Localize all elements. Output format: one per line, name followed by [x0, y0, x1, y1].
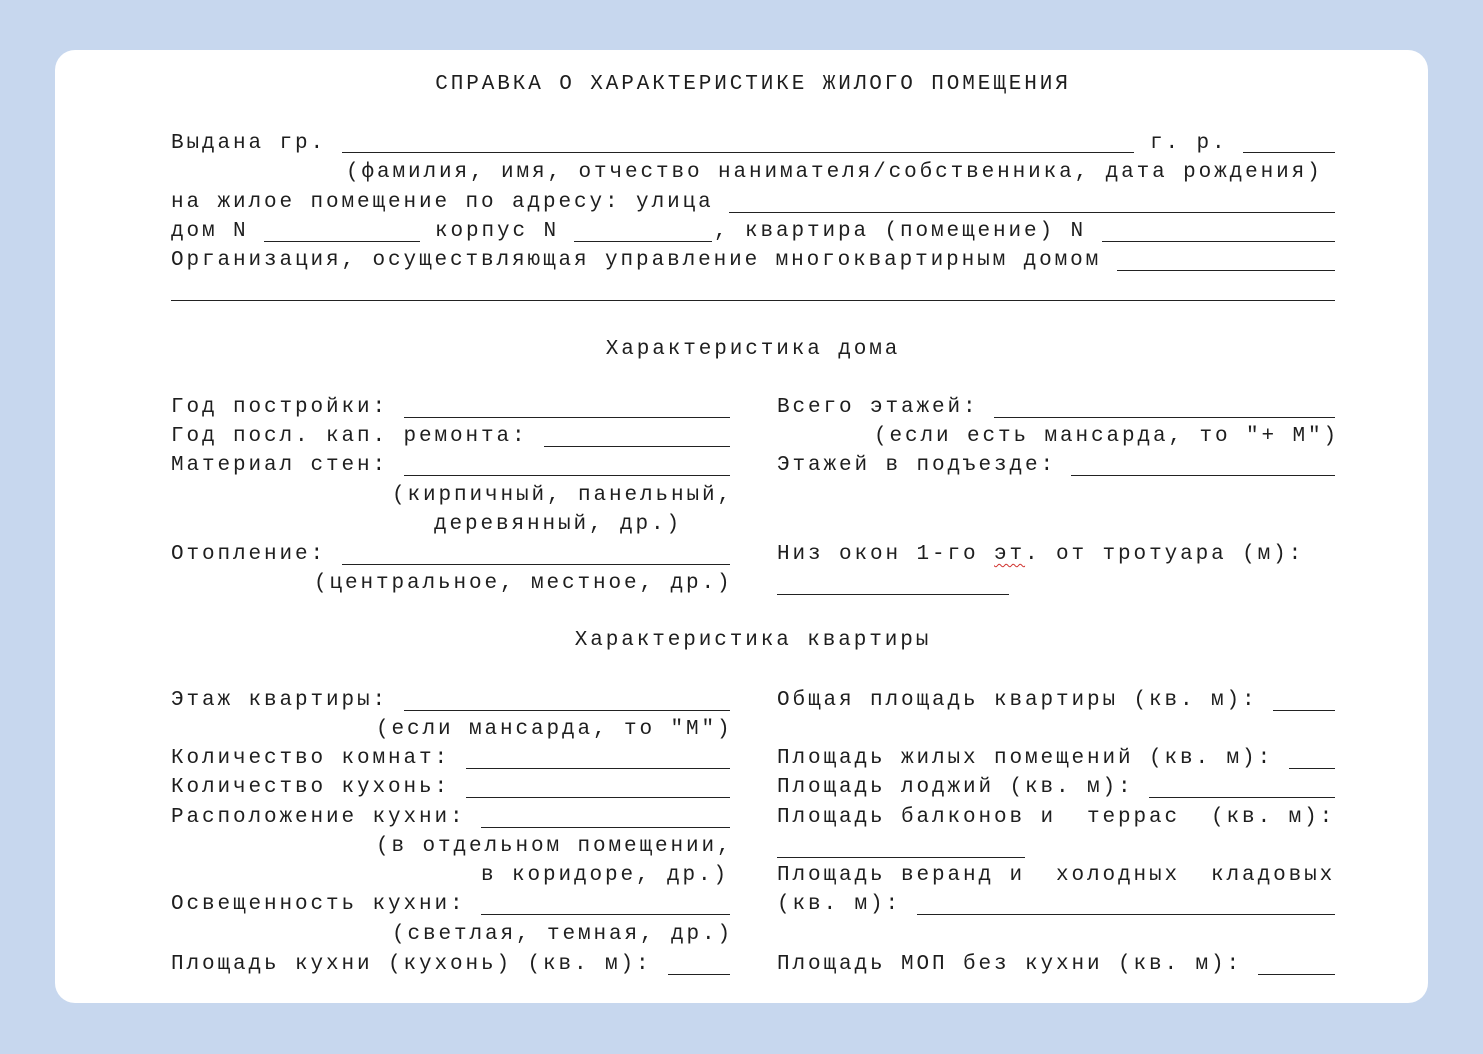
entrance-floors-field[interactable]: [1071, 475, 1335, 476]
repair-year-field[interactable]: [544, 446, 730, 447]
issued-to-field[interactable]: [342, 152, 1134, 153]
kitchen-location-hint-1: (в отдельном помещении,: [376, 832, 733, 861]
apartment-number-field[interactable]: [1102, 241, 1335, 242]
window-height-field[interactable]: [777, 594, 1009, 595]
common-area-field[interactable]: [1258, 974, 1335, 975]
build-year-field[interactable]: [404, 417, 730, 418]
build-year-label: Год постройки:: [171, 393, 388, 422]
loggia-area-label: Площадь лоджий (кв. м):: [777, 773, 1134, 802]
building-separator: ,: [714, 217, 730, 246]
issued-to-hint: (фамилия, имя, отчество нанимателя/собст…: [346, 158, 1323, 187]
apartment-floor-field[interactable]: [404, 710, 730, 711]
common-area-label: Площадь МОП без кухни (кв. м):: [777, 950, 1242, 979]
loggia-area-field[interactable]: [1149, 797, 1335, 798]
issued-to-label: Выдана гр.: [171, 129, 326, 158]
veranda-area-label-2: (кв. м):: [777, 890, 901, 919]
balcony-area-label: Площадь балконов и террас (кв. м):: [777, 803, 1335, 832]
total-floors-field[interactable]: [994, 417, 1335, 418]
kitchen-light-label: Освещенность кухни:: [171, 890, 466, 919]
apartment-floor-label: Этаж квартиры:: [171, 686, 388, 715]
total-floors-hint: (если есть мансарда, то "+ М"): [874, 422, 1339, 451]
heating-label: Отопление:: [171, 540, 326, 569]
house-label: дом N: [171, 217, 249, 246]
building-number-field[interactable]: [574, 241, 712, 242]
total-area-field[interactable]: [1273, 710, 1335, 711]
apartment-section-title: Характеристика квартиры: [171, 626, 1335, 655]
veranda-area-field[interactable]: [917, 914, 1335, 915]
wall-material-field[interactable]: [404, 475, 730, 476]
kitchen-light-field[interactable]: [481, 914, 730, 915]
heating-hint: (центральное, местное, др.): [314, 569, 733, 598]
building-label: корпус N: [435, 217, 559, 246]
balcony-area-field[interactable]: [777, 857, 1025, 858]
kitchen-location-hint-2: в коридоре, др.): [481, 861, 729, 890]
window-height-label: Низ окон 1-го эт. от тротуара (м):: [777, 540, 1304, 569]
organization-field[interactable]: [1117, 270, 1335, 271]
street-field[interactable]: [729, 212, 1335, 213]
organization-label: Организация, осуществляющая управление м…: [171, 246, 1101, 275]
birth-year-field[interactable]: [1243, 152, 1335, 153]
spellcheck-flagged-word: эт: [994, 543, 1025, 566]
living-area-field[interactable]: [1289, 768, 1335, 769]
window-height-label-post: . от тротуара (м):: [1025, 543, 1304, 566]
kitchen-location-label: Расположение кухни:: [171, 803, 466, 832]
apartment-floor-hint: (если мансарда, то "М"): [376, 715, 733, 744]
rooms-count-field[interactable]: [466, 768, 730, 769]
apartment-label: квартира (помещение) N: [745, 217, 1086, 246]
total-area-label: Общая площадь квартиры (кв. м):: [777, 686, 1258, 715]
total-floors-label: Всего этажей:: [777, 393, 979, 422]
organization-field-continued[interactable]: [171, 300, 1335, 301]
document-title: СПРАВКА О ХАРАКТЕРИСТИКЕ ЖИЛОГО ПОМЕЩЕНИ…: [171, 70, 1335, 99]
house-section-title: Характеристика дома: [171, 335, 1335, 364]
kitchen-light-hint: (светлая, темная, др.): [392, 920, 733, 949]
entrance-floors-label: Этажей в подъезде:: [777, 451, 1056, 480]
heating-field[interactable]: [342, 564, 730, 565]
kitchen-area-label: Площадь кухни (кухонь) (кв. м):: [171, 950, 652, 979]
window-height-label-pre: Низ окон 1-го: [777, 543, 994, 566]
living-area-label: Площадь жилых помещений (кв. м):: [777, 744, 1273, 773]
wall-material-label: Материал стен:: [171, 451, 388, 480]
wall-material-hint-2: деревянный, др.): [434, 510, 682, 539]
kitchens-count-field[interactable]: [466, 797, 730, 798]
rooms-count-label: Количество комнат:: [171, 744, 450, 773]
address-label: на жилое помещение по адресу: улица: [171, 188, 714, 217]
kitchen-location-field[interactable]: [481, 827, 730, 828]
wall-material-hint-1: (кирпичный, панельный,: [392, 481, 733, 510]
kitchens-count-label: Количество кухонь:: [171, 773, 450, 802]
repair-year-label: Год посл. кап. ремонта:: [171, 422, 528, 451]
kitchen-area-field[interactable]: [668, 974, 730, 975]
veranda-area-label-1: Площадь веранд и холодных кладовых: [777, 861, 1335, 890]
birth-year-label: г. р.: [1150, 129, 1228, 158]
house-number-field[interactable]: [264, 241, 420, 242]
